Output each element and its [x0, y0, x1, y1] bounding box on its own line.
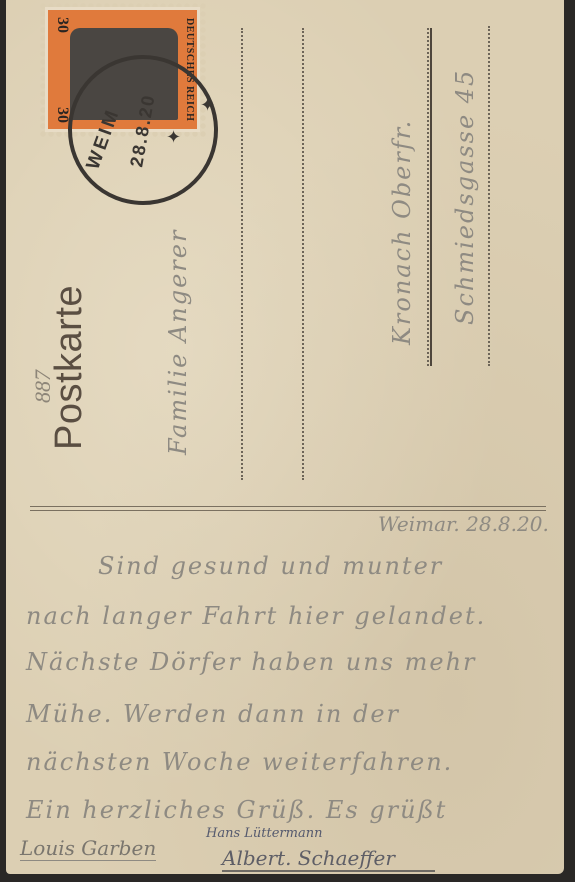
- address-recipient: Familie Angerer: [164, 229, 192, 455]
- signature-hans: Hans Lüttermann: [206, 826, 322, 841]
- address-underline: [430, 28, 432, 366]
- address-town: Kronach Oberfr.: [388, 119, 416, 345]
- postcard-title: Postkarte: [48, 285, 91, 450]
- address-street: Schmiedsgasse 45: [451, 69, 479, 325]
- message-line: Nächste Dörfer haben uns mehr: [26, 648, 477, 676]
- message-line: Sind gesund und munter: [98, 552, 443, 580]
- message-dateline: Weimar. 28.8.20.: [378, 512, 549, 536]
- signature-albert: Albert. Schaeffer: [222, 846, 435, 872]
- postcard: 30 30 DEUTSCHES REICH WEIM 28.8.20 ✦ ✦ 8…: [6, 0, 564, 874]
- address-line-2: [302, 28, 304, 480]
- stamp-value-top: 30: [53, 17, 71, 33]
- message-line: Ein herzliches Grüß. Es grüßt: [26, 796, 447, 824]
- divider-line-bottom: [30, 510, 546, 511]
- address-line-4: [488, 26, 490, 366]
- message-line: Mühe. Werden dann in der: [26, 700, 400, 728]
- postmark-star-icon: ✦: [166, 127, 181, 148]
- postmark-star-icon: ✦: [200, 95, 215, 116]
- address-line-3: [427, 28, 429, 366]
- address-line-1: [241, 28, 243, 480]
- message-line: nächsten Woche weiterfahren.: [26, 748, 453, 776]
- signature-louis: Louis Garben: [20, 836, 156, 861]
- message-line: nach langer Fahrt hier gelandet.: [26, 602, 486, 630]
- divider-line-top: [30, 506, 546, 507]
